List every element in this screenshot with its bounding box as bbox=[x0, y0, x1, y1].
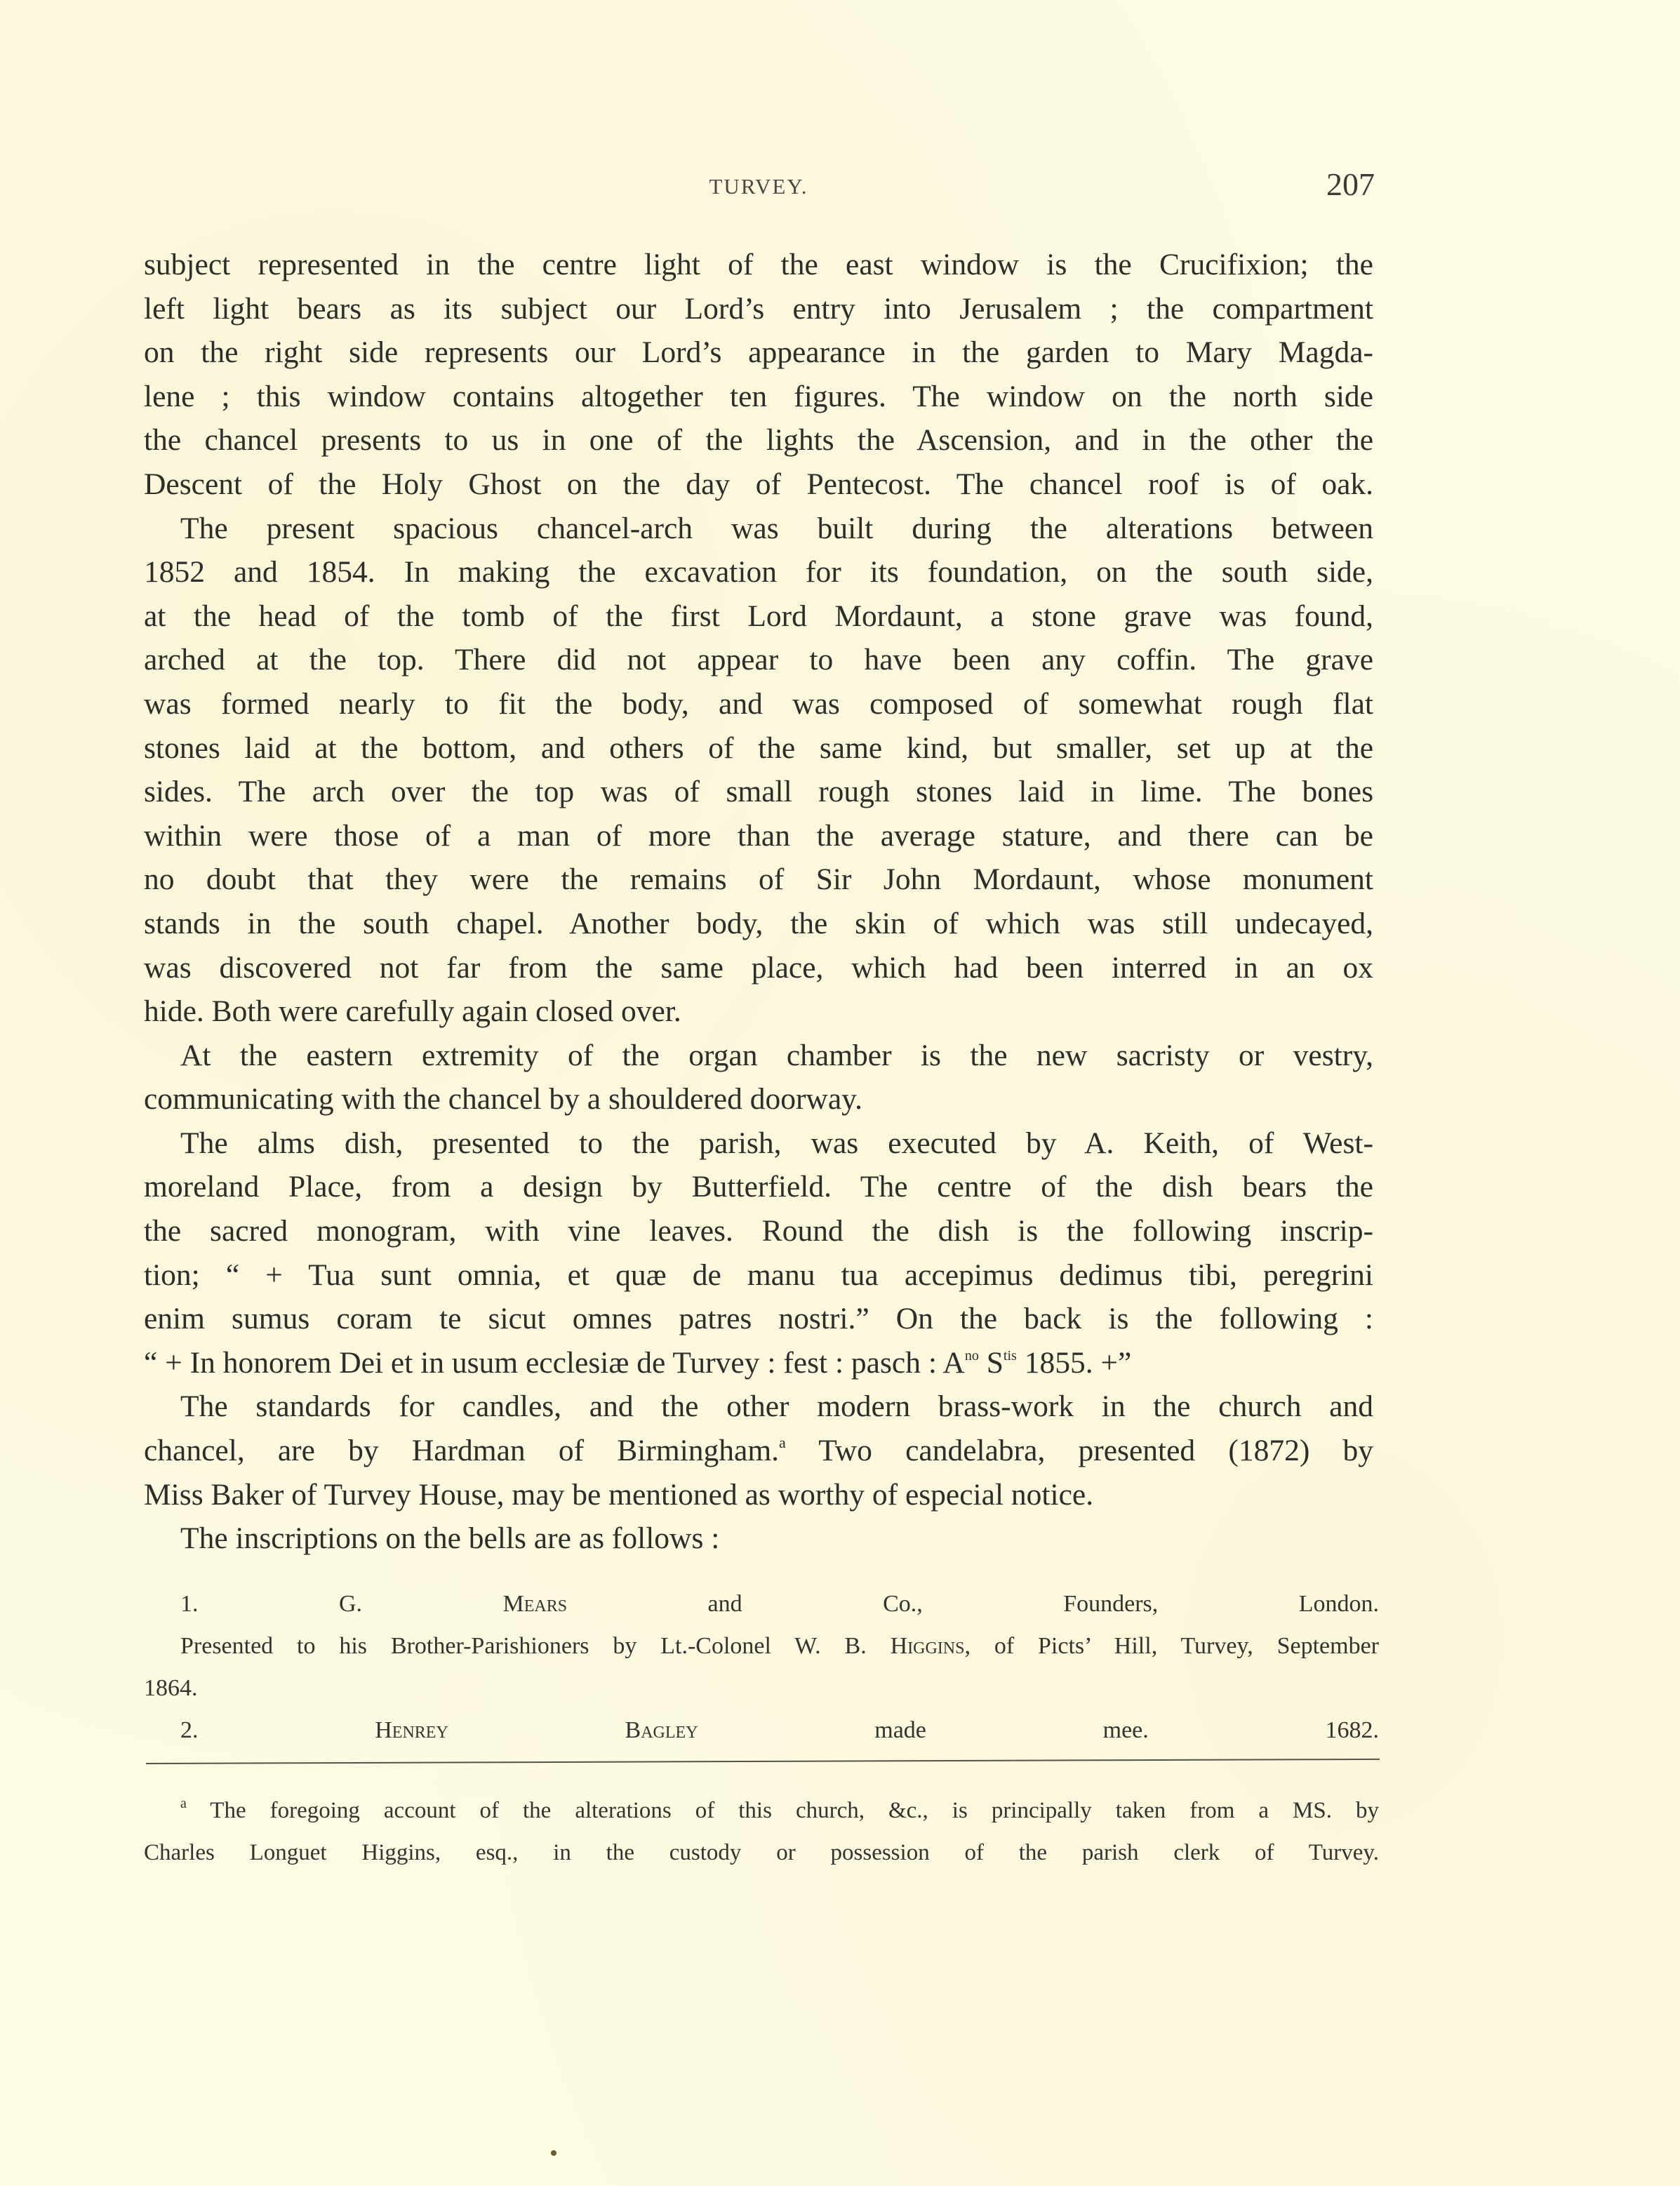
bell-text: , of Picts’ Hill, Turvey, September bbox=[964, 1633, 1379, 1659]
footnote-text: The foregoing account of the alterations… bbox=[187, 1798, 1379, 1823]
page-number: 207 bbox=[1326, 166, 1375, 203]
superscript-no: no bbox=[965, 1348, 979, 1364]
book-page: TURVEY. 207 subject represented in the c… bbox=[0, 0, 1680, 2186]
superscript-tis: tis bbox=[1004, 1348, 1017, 1364]
footnote-line: Charles Longuet Higgins, esq., in the cu… bbox=[144, 1832, 1379, 1874]
text-fragment: chancel, are by Hardman of Birmingham. bbox=[144, 1434, 779, 1467]
paragraph-sacristy: At the eastern extremity of the organ ch… bbox=[144, 1034, 1373, 1121]
text-line: 1852 and 1854. In making the excavation … bbox=[144, 550, 1373, 594]
text-line: The alms dish, presented to the parish, … bbox=[144, 1121, 1373, 1166]
body-text: subject represented in the centre light … bbox=[144, 243, 1373, 1561]
text-line: at the head of the tomb of the first Lor… bbox=[144, 594, 1373, 639]
footnote-line: a The foregoing account of the alteratio… bbox=[144, 1790, 1379, 1832]
paragraph-standards: The standards for candles, and the other… bbox=[144, 1385, 1373, 1517]
founder-name: Henrey Bagley bbox=[375, 1717, 698, 1743]
bell-text: and Co., Founders, London. bbox=[567, 1591, 1379, 1617]
inscription-line: “ + In honorem Dei et in usum ecclesiæ d… bbox=[144, 1341, 1373, 1385]
text-line: subject represented in the centre light … bbox=[144, 243, 1373, 287]
text-line: At the eastern extremity of the organ ch… bbox=[144, 1034, 1373, 1078]
paragraph-east-window: subject represented in the centre light … bbox=[144, 243, 1373, 507]
bell-item-1-presented: Presented to his Brother-Parishioners by… bbox=[144, 1625, 1379, 1667]
text-line: stones laid at the bottom, and others of… bbox=[144, 726, 1373, 771]
bell-inscriptions-list: 1. G. Mears and Co., Founders, London. P… bbox=[144, 1583, 1379, 1752]
text-line: moreland Place, from a design by Butterf… bbox=[144, 1165, 1373, 1209]
bell-text: Presented to his Brother-Parishioners by… bbox=[180, 1633, 891, 1659]
footnote: a The foregoing account of the alteratio… bbox=[144, 1790, 1379, 1874]
text-line: Descent of the Holy Ghost on the day of … bbox=[144, 462, 1373, 507]
footnote-mark: a bbox=[180, 1796, 187, 1811]
paragraph-chancel-arch: The present spacious chancel-arch was bu… bbox=[144, 507, 1373, 1034]
bell-item-1-year: 1864. bbox=[144, 1667, 1379, 1710]
text-line: enim sumus coram te sicut omnes patres n… bbox=[144, 1297, 1373, 1341]
donor-name: Higgins bbox=[891, 1633, 965, 1659]
text-line: chancel, are by Hardman of Birmingham.a … bbox=[144, 1429, 1373, 1473]
text-line: no doubt that they were the remains of S… bbox=[144, 858, 1373, 902]
founder-name: Mears bbox=[502, 1591, 567, 1617]
bell-text: made mee. 1682. bbox=[698, 1717, 1379, 1743]
bell-number: 2. bbox=[180, 1717, 375, 1743]
footnote-rule bbox=[146, 1759, 1380, 1764]
text-line: was formed nearly to fit the body, and w… bbox=[144, 682, 1373, 726]
bell-number: 1. G. bbox=[180, 1591, 502, 1617]
paper-speck bbox=[551, 2150, 556, 2156]
text-line: the sacred monogram, with vine leaves. R… bbox=[144, 1209, 1373, 1253]
text-line: was discovered not far from the same pla… bbox=[144, 946, 1373, 990]
text-line: on the right side represents our Lord’s … bbox=[144, 331, 1373, 375]
running-head: TURVEY. 207 bbox=[144, 166, 1373, 208]
text-line: The present spacious chancel-arch was bu… bbox=[144, 507, 1373, 551]
inscription-text: 1855. +” bbox=[1017, 1346, 1131, 1380]
text-line: left light bears as its subject our Lord… bbox=[144, 287, 1373, 331]
paragraph-bells-intro: The inscriptions on the bells are as fol… bbox=[144, 1517, 1373, 1561]
text-line: hide. Both were carefully again closed o… bbox=[144, 989, 1373, 1034]
footnote-ref[interactable]: a bbox=[779, 1434, 786, 1451]
text-line: lene ; this window contains altogether t… bbox=[144, 375, 1373, 419]
text-line: tion; “ + Tua sunt omnia, et quæ de manu… bbox=[144, 1253, 1373, 1298]
bell-item-1: 1. G. Mears and Co., Founders, London. bbox=[144, 1583, 1379, 1625]
paragraph-alms-dish: The alms dish, presented to the parish, … bbox=[144, 1121, 1373, 1385]
text-line: the chancel presents to us in one of the… bbox=[144, 418, 1373, 462]
text-line: within were those of a man of more than … bbox=[144, 814, 1373, 858]
text-line: sides. The arch over the top was of smal… bbox=[144, 770, 1373, 814]
inscription-text: “ + In honorem Dei et in usum ecclesiæ d… bbox=[144, 1346, 965, 1380]
running-title: TURVEY. bbox=[144, 174, 1373, 199]
text-line: Miss Baker of Turvey House, may be menti… bbox=[144, 1473, 1373, 1517]
bell-item-2: 2. Henrey Bagley made mee. 1682. bbox=[144, 1710, 1379, 1752]
inscription-text: S bbox=[979, 1346, 1004, 1380]
text-line: The inscriptions on the bells are as fol… bbox=[144, 1517, 1373, 1561]
text-line: arched at the top. There did not appear … bbox=[144, 638, 1373, 682]
text-line: communicating with the chancel by a shou… bbox=[144, 1077, 1373, 1121]
text-line: The standards for candles, and the other… bbox=[144, 1385, 1373, 1429]
text-fragment: Two candelabra, presented (1872) by bbox=[786, 1434, 1373, 1467]
text-line: stands in the south chapel. Another body… bbox=[144, 902, 1373, 946]
